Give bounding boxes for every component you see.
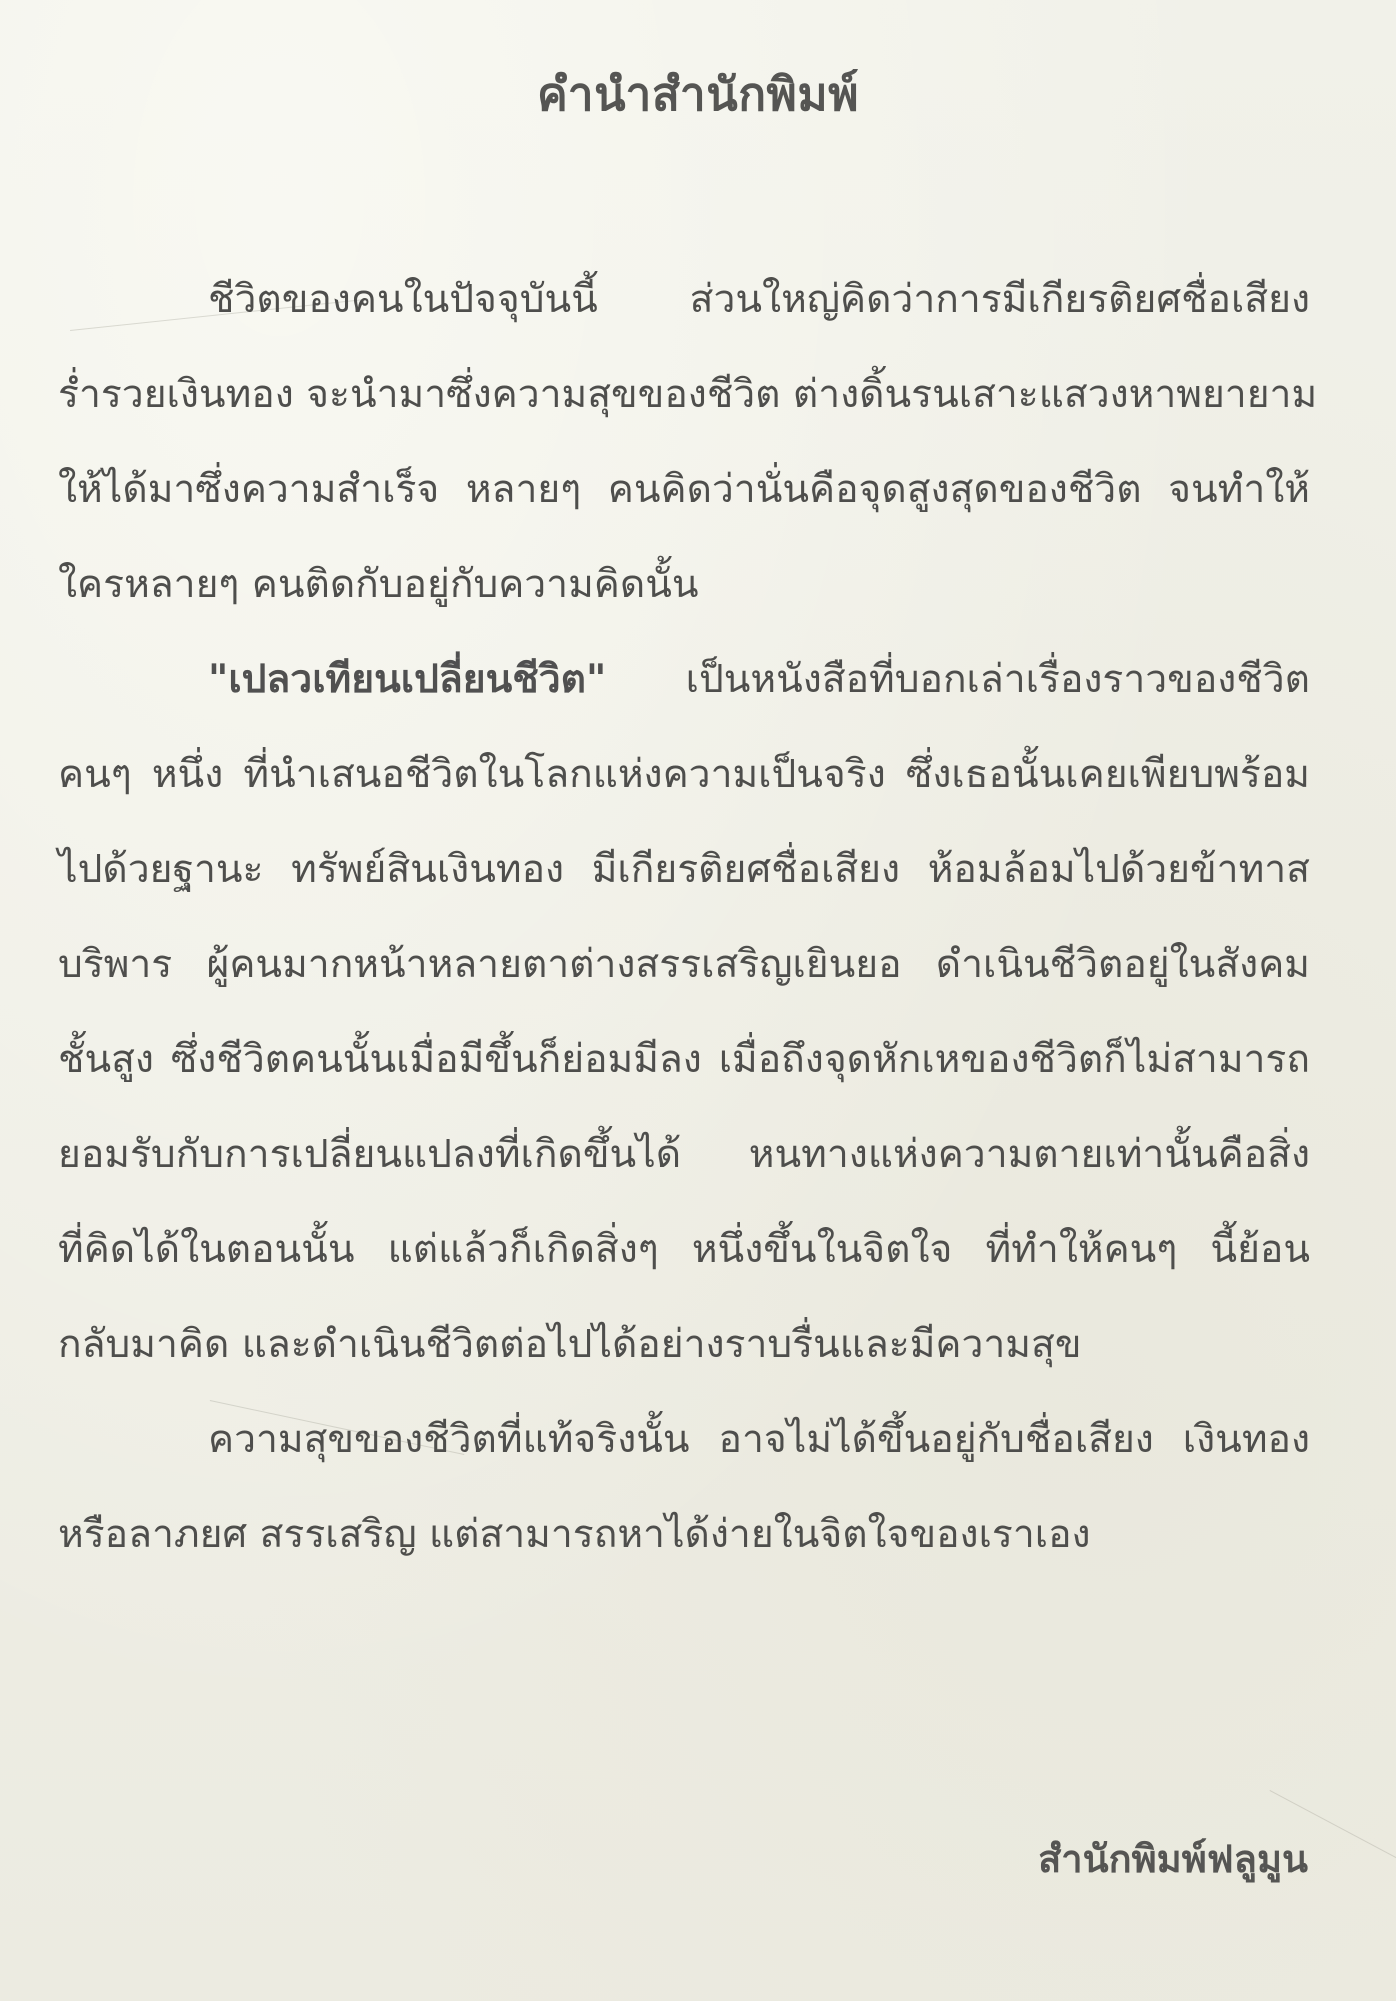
text-line: คนๆ หนึ่ง ที่นำเสนอชีวิตในโลกแห่งความเป็… (58, 727, 1310, 822)
text-line: บริพาร ผู้คนมากหน้าหลายตาต่างสรรเสริญเยิ… (58, 917, 1310, 1012)
publisher-signature: สำนักพิมพ์ฟลูมูน (1038, 1828, 1308, 1889)
text-line: ใครหลายๆ คนติดกับอยู่กับความคิดนั้น (58, 537, 1310, 632)
text-line: ความสุขของชีวิตที่แท้จริงนั้น อาจไม่ได้ข… (58, 1392, 1310, 1487)
book-title: "เปลวเทียนเปลี่ยนชีวิต" (208, 632, 606, 727)
text-line: ให้ได้มาซึ่งความสำเร็จ หลายๆ คนคิดว่านั่… (58, 442, 1310, 537)
text-line: ชั้นสูง ซึ่งชีวิตคนนั้นเมื่อมีขึ้นก็ย่อม… (58, 1012, 1310, 1107)
book-page: คำนำสำนักพิมพ์ ชีวิตของคนในปัจจุบันนี้ ส… (0, 0, 1396, 2001)
text-line: ร่ำรวยเงินทอง จะนำมาซึ่งความสุขของชีวิต … (58, 347, 1310, 442)
preface-body: ชีวิตของคนในปัจจุบันนี้ ส่วนใหญ่คิดว่ากา… (58, 252, 1310, 1582)
text-line: ยอมรับกับการเปลี่ยนแปลงที่เกิดขึ้นได้ หน… (58, 1107, 1310, 1202)
text-line: ชีวิตของคนในปัจจุบันนี้ ส่วนใหญ่คิดว่ากา… (58, 252, 1310, 347)
text-line: "เปลวเทียนเปลี่ยนชีวิต" เป็นหนังสือที่บอ… (58, 632, 1310, 727)
text-line: ไปด้วยฐานะ ทรัพย์สินเงินทอง มีเกียรติยศช… (58, 822, 1310, 917)
text-line: กลับมาคิด และดำเนินชีวิตต่อไปได้อย่างราบ… (58, 1297, 1310, 1392)
page-title: คำนำสำนักพิมพ์ (0, 58, 1396, 131)
text-line: ที่คิดได้ในตอนนั้น แต่แล้วก็เกิดสิ่งๆ หน… (58, 1202, 1310, 1297)
text-line: หรือลาภยศ สรรเสริญ แต่สามารถหาได้ง่ายในจ… (58, 1487, 1310, 1582)
text-line-rest: เป็นหนังสือที่บอกเล่าเรื่องราวของชีวิต (686, 632, 1310, 727)
